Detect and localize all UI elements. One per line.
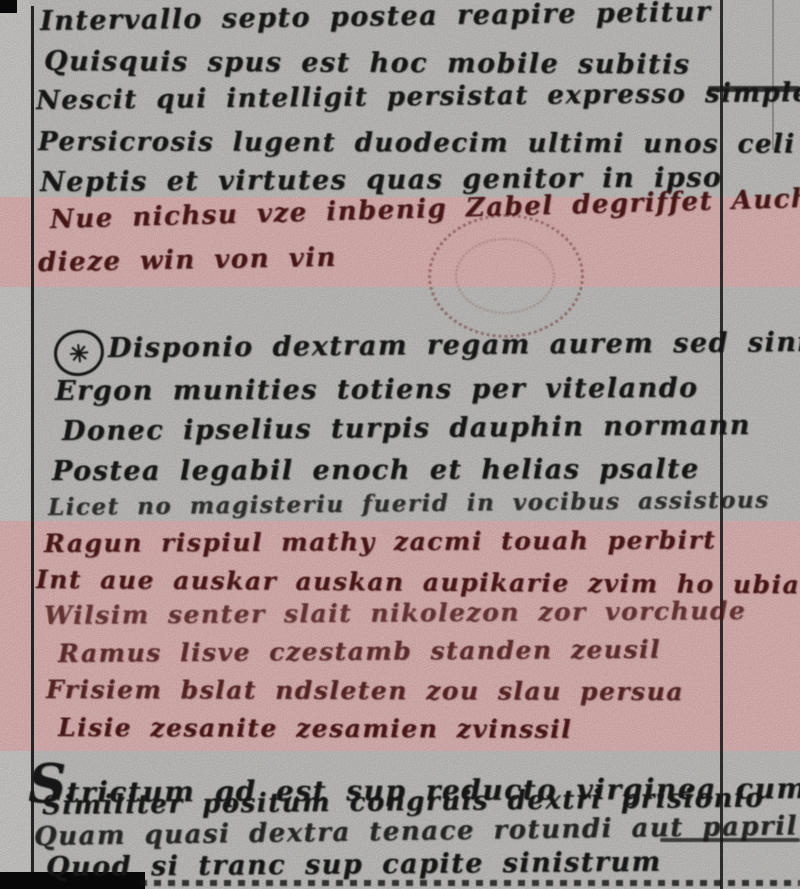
manuscript-line: Lisie zesanite zesamien zvinssil [58,713,572,744]
initial-flourish-icon: ✳ [52,328,107,379]
left-margin-strip [0,0,30,889]
manuscript-line: Intervallo septo postea reapire petitur [40,0,712,37]
manuscript-line: Licet no magisteriu fuerid in vocibus as… [48,486,770,521]
manuscript-line: Ergon munities totiens per vitelando [55,373,699,407]
manuscript-line: Ramus lisve czestamb standen zeusil [58,635,661,668]
top-left-ink-blob [0,0,17,13]
manuscript-line: Int aue auskar auskan aupikarie zvim ho … [36,565,800,599]
manuscript-line: Frisiem bslat ndsleten zou slau persua [46,675,684,706]
manuscript-line: Wilsim senter slait nikolezon zor vorchu… [44,596,746,630]
round-ink-stamp-inner-ring [455,238,555,314]
manuscript-line: Ragun rispiul mathy zacmi touah perbirt [44,525,716,558]
manuscript-page: ✳ Intervallo septo postea reapire petitu… [0,0,800,889]
manuscript-line: Quisquis spus est hoc mobile subitis [44,46,691,80]
manuscript-line: Nescit qui intelligit persistat expresso… [36,78,800,116]
manuscript-line: Disponio dextram regam aurem sed sinistr… [108,326,800,364]
manuscript-line: Quod si tranc sup capite sinistrum [46,847,662,883]
manuscript-line: Donec ipselius turpis dauphin normann [62,410,751,447]
manuscript-line: Postea legabil enoch et helias psalte [52,454,700,487]
faint-right-edge-line [772,0,774,150]
manuscript-line: Persicrosis lugent duodecim ultimi unos … [38,127,796,160]
manuscript-line: dieze win von vin [38,243,337,278]
